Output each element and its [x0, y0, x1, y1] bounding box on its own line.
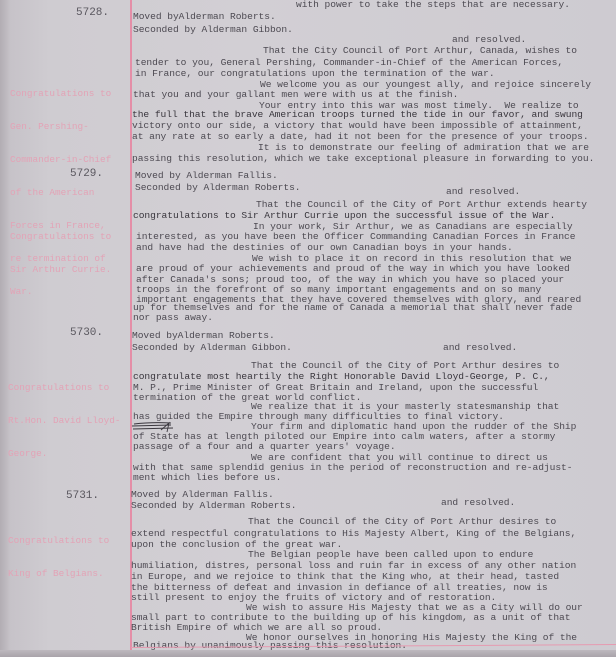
body-line: That the Council of the City of Port Art…: [248, 516, 556, 527]
handwritten-correction-mark: [131, 420, 175, 434]
moved-by: Moved byAlderman Roberts.: [133, 11, 276, 22]
body-line: and have had the destinies of our own Ca…: [136, 242, 513, 253]
margin-note: Congratulations to Sir Arthur Currie.: [10, 209, 111, 297]
body-line: passing this resolution, which we take e…: [132, 153, 594, 164]
resolution-number: 5729.: [70, 168, 103, 180]
body-line: in Europe, and we rejoice to think that …: [131, 571, 559, 582]
body-line: humiliation, distres, personal loss and …: [131, 560, 576, 571]
resolved: and resolved.: [446, 186, 520, 197]
margin-note-line: Congratulations to: [10, 231, 111, 242]
body-line: are proud of your achievements and proud…: [136, 263, 570, 274]
seconded-by: Seconded by Alderman Roberts.: [135, 182, 301, 193]
body-line: That the Council of the City of Port Art…: [256, 199, 587, 210]
margin-note-line: George.: [8, 448, 121, 459]
minutes-page: with power to take the steps that are ne…: [0, 0, 616, 657]
margin-note-line: Congratulations to: [10, 88, 111, 99]
resolution-number: 5731.: [66, 490, 99, 502]
margin-note-line: Rt.Hon. David Lloyd-: [8, 415, 121, 426]
top-continuation-line: with power to take the steps that are ne…: [296, 0, 570, 10]
body-line: extend respectful congratulations to His…: [131, 528, 576, 539]
seconded-by: Seconded by Alderman Gibbon.: [132, 342, 292, 353]
seconded-by: Seconded by Alderman Gibbon.: [133, 24, 293, 35]
margin-note-line: of the American: [10, 187, 111, 198]
body-line: That the Council of the City of Port Art…: [251, 360, 559, 371]
margin-note-line: King of Belgians.: [8, 568, 109, 579]
resolution-number: 5730.: [70, 327, 103, 339]
margin-rule: [130, 0, 132, 657]
body-line: That the City Council of Port Arthur, Ca…: [263, 45, 577, 56]
margin-note: Congratulations to Rt.Hon. David Lloyd- …: [8, 360, 121, 481]
resolved: and resolved.: [452, 34, 526, 45]
body-line: at any rate at so early a date, had it n…: [132, 131, 589, 142]
margin-note-line: Gen. Pershing-: [10, 121, 111, 132]
margin-note-line: Sir Arthur Currie.: [10, 264, 111, 275]
body-line: interested, as you have been the Officer…: [136, 231, 575, 242]
body-line: The Belgian people have been called upon…: [248, 549, 533, 560]
body-line: victory onto our side, a victory that wo…: [132, 120, 583, 131]
body-line: the full that the brave American troops …: [132, 109, 583, 120]
moved-by: Moved by Alderman Fallis.: [131, 489, 274, 500]
moved-by: Moved by Alderman Fallis.: [135, 170, 278, 181]
body-line: in France, our congratulations upon the …: [135, 68, 495, 79]
resolution-number: 5728.: [76, 7, 109, 19]
moved-by: Moved byAlderman Roberts.: [132, 330, 275, 341]
body-line: congratulate most heartily the Right Hon…: [133, 371, 550, 382]
margin-note-line: Congratulations to: [8, 382, 121, 393]
page-bottom-edge: [0, 650, 616, 657]
body-line: that you and your gallant men were with …: [133, 89, 458, 100]
body-line: tender to you, General Pershing, Command…: [135, 57, 563, 68]
resolved: and resolved.: [443, 342, 517, 353]
body-line: congratulations to Sir Arthur Currie upo…: [133, 210, 555, 221]
body-line: It is to demonstrate our feeling of admi…: [258, 142, 589, 153]
margin-note-line: Commander-in-Chief: [10, 154, 111, 165]
seconded-by: Seconded by Alderman Roberts.: [131, 500, 297, 511]
body-line: passage of a four and a quarter years' v…: [133, 441, 396, 452]
resolved: and resolved.: [441, 497, 515, 508]
body-line: nor pass away.: [133, 312, 213, 323]
body-line: ment which lies before us.: [133, 472, 281, 483]
margin-note: Congratulations to King of Belgians.: [8, 513, 109, 601]
margin-note-line: Congratulations to: [8, 535, 109, 546]
